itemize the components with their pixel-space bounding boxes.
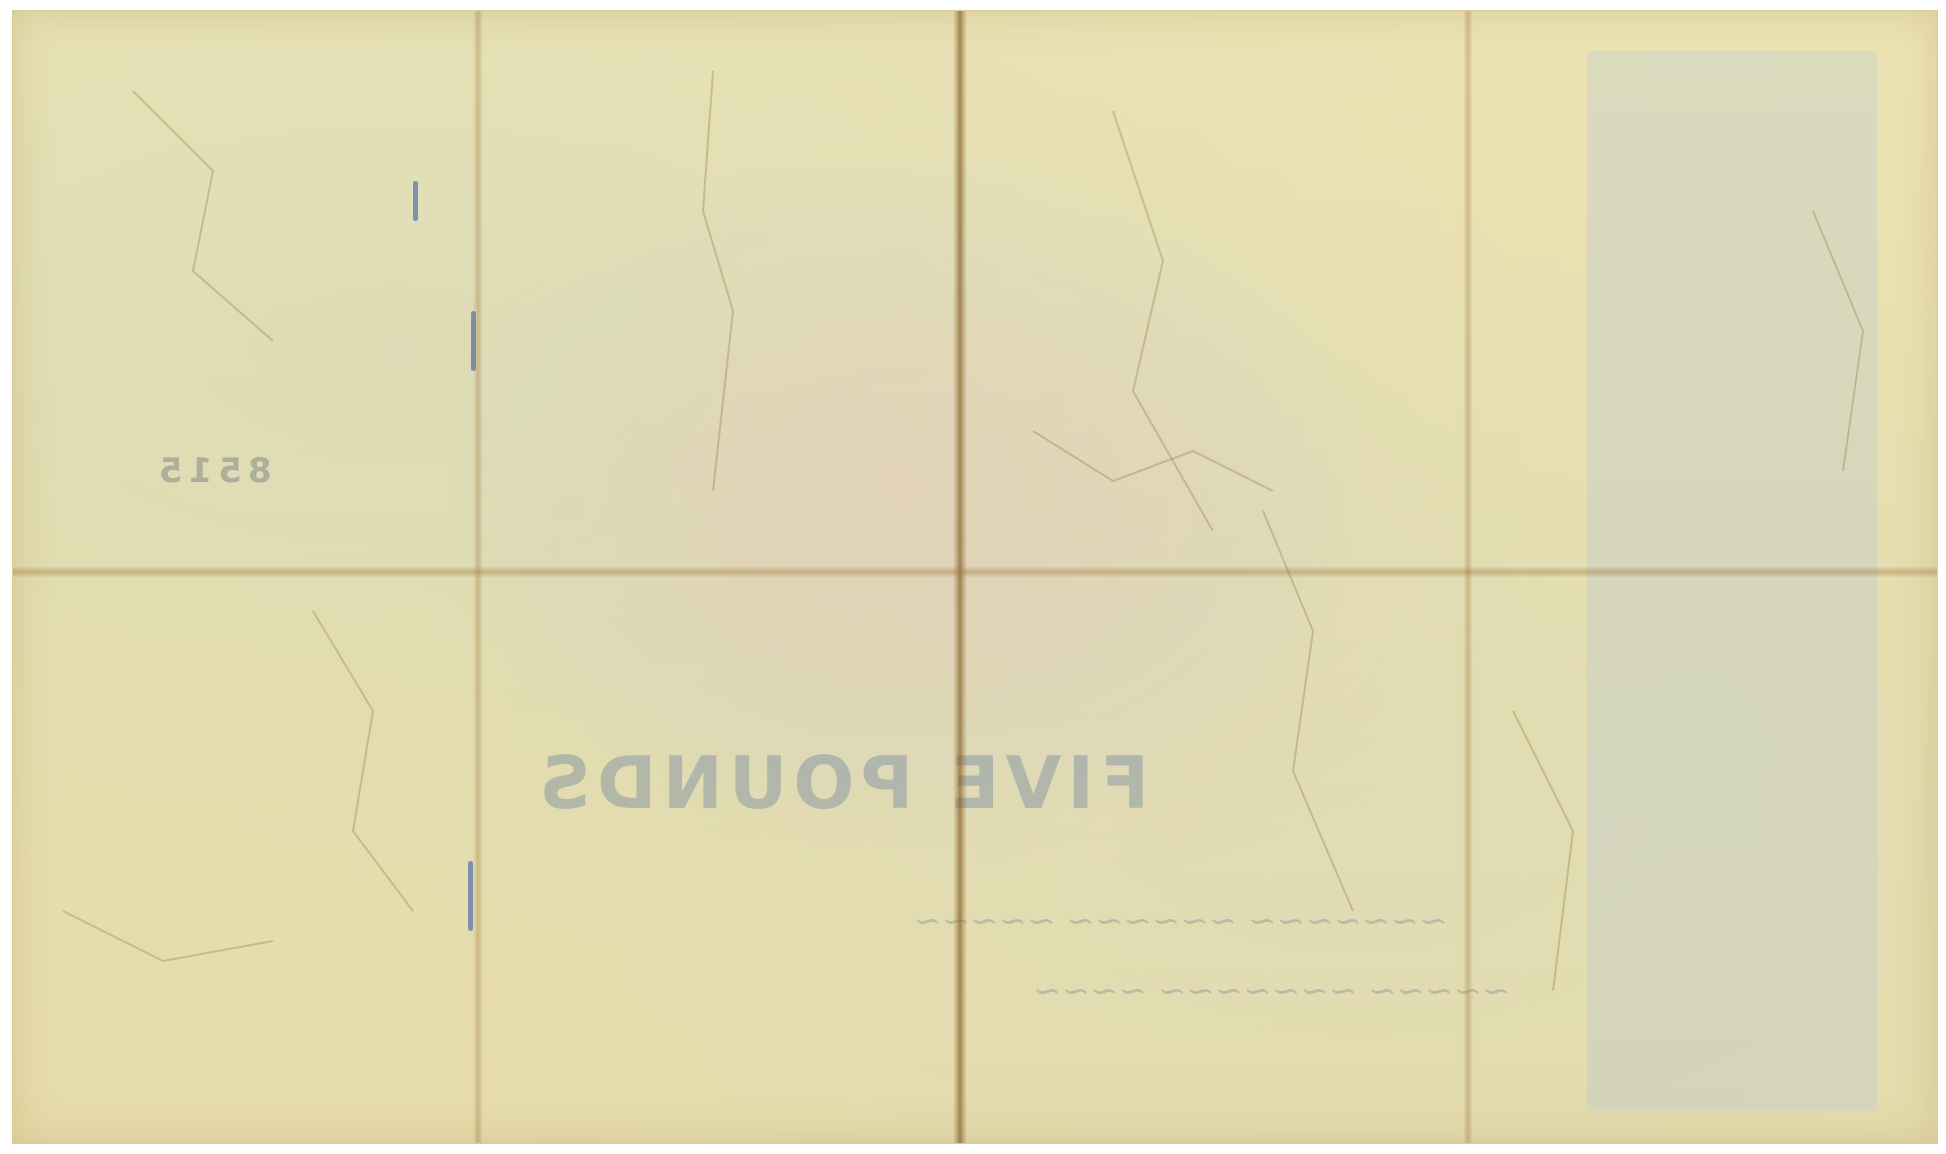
banknote: FIVE POUNDS 8515 ~~~~~~~ ~~~~~~ ~~~~~ ~~…: [12, 10, 1938, 1144]
paper-cracks: [13, 11, 1937, 1143]
